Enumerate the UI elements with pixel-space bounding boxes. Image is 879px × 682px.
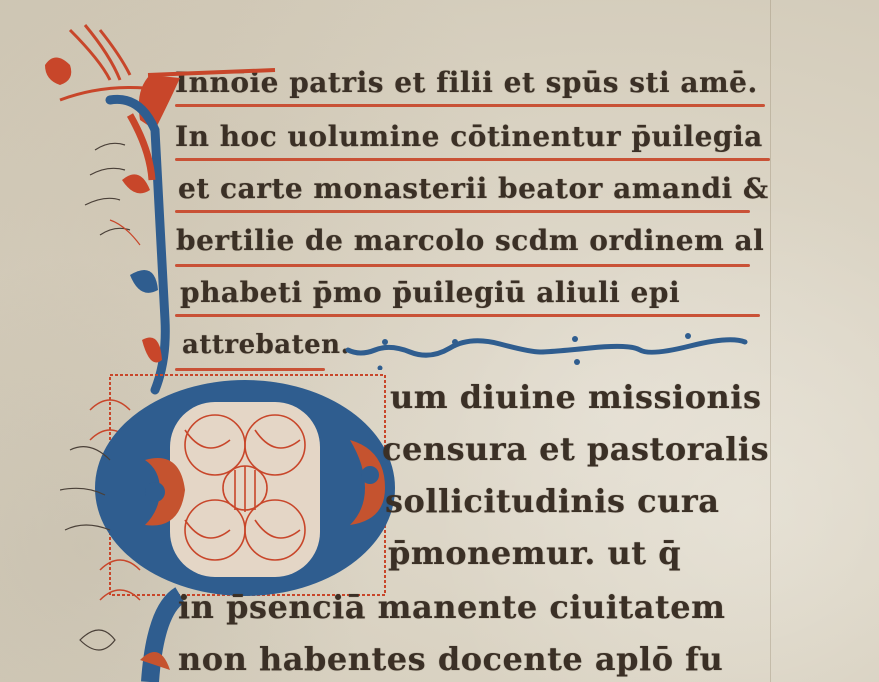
body-line-1: um diuine missionis — [390, 378, 761, 416]
body-line-6: non habentes docente aplō fu — [178, 640, 723, 678]
body-line-2: censura et pastoralis — [382, 430, 769, 468]
body-line-5: in p̄senciā manente ciuitatem — [178, 588, 725, 626]
margin-ruling — [770, 0, 771, 682]
body-line-3: sollicitudinis cura — [385, 482, 719, 520]
decorated-initial-c — [60, 370, 400, 682]
body-line-4: p̄monemur. ut q̄ — [388, 534, 681, 572]
initial-i-flourish — [30, 20, 280, 400]
blue-line-filler-ornament — [340, 330, 760, 370]
